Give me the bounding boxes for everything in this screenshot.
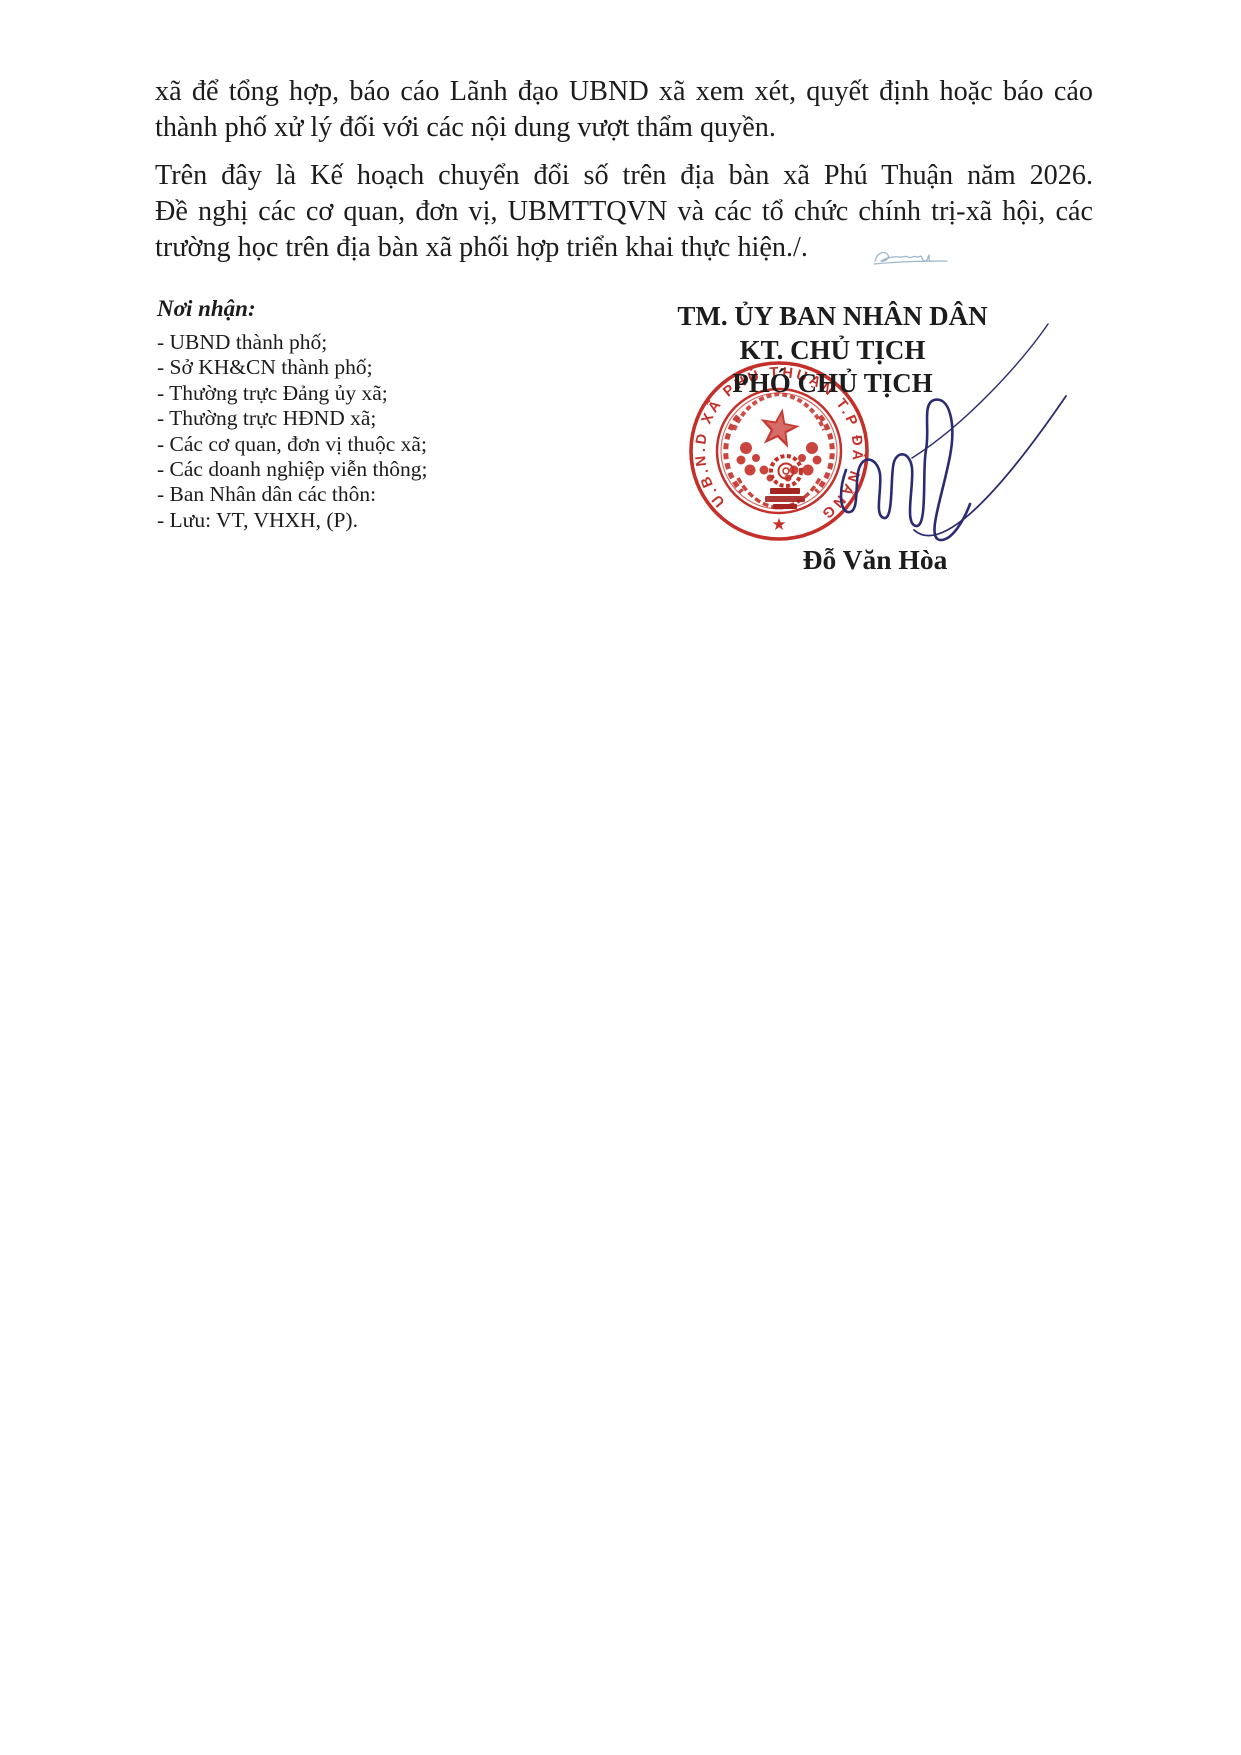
recipient-item: - Ban Nhân dân các thôn:: [157, 482, 577, 507]
recipients-list: - UBND thành phố;- Sở KH&CN thành phố;- …: [157, 330, 577, 533]
recipient-item: - Các cơ quan, đơn vị thuộc xã;: [157, 432, 577, 457]
recipients-heading: Nơi nhận:: [157, 296, 256, 322]
document-page: { "document": { "body_paragraphs": [ { "…: [0, 0, 1241, 1755]
paragraph-line: Đề nghị các cơ quan, đơn vị, UBMTTQVN và…: [155, 194, 1093, 230]
drafter-initials-paraph: [872, 246, 952, 270]
paragraph-line: Trên đây là Kế hoạch chuyển đổi số trên …: [155, 158, 1093, 194]
recipient-item: - UBND thành phố;: [157, 330, 577, 355]
recipient-item: - Lưu: VT, VHXH, (P).: [157, 508, 577, 533]
recipient-item: - Các doanh nghiệp viễn thông;: [157, 457, 577, 482]
recipient-item: - Thường trực Đảng ủy xã;: [157, 381, 577, 406]
paragraph-line: thành phố xử lý đối với các nội dung vượ…: [155, 110, 1093, 146]
body-paragraph-2: Trên đây là Kế hoạch chuyển đổi số trên …: [155, 158, 1093, 266]
recipient-item: - Sở KH&CN thành phố;: [157, 355, 577, 380]
stamp-bottom-star: ★: [771, 515, 786, 534]
paragraph-line: trường học trên địa bàn xã phối hợp triể…: [155, 230, 1093, 266]
recipient-item: - Thường trực HĐND xã;: [157, 406, 577, 431]
body-paragraph-1: xã để tổng hợp, báo cáo Lãnh đạo UBND xã…: [155, 74, 1093, 146]
handwritten-signature: [790, 318, 1095, 550]
paragraph-line: xã để tổng hợp, báo cáo Lãnh đạo UBND xã…: [155, 74, 1093, 110]
